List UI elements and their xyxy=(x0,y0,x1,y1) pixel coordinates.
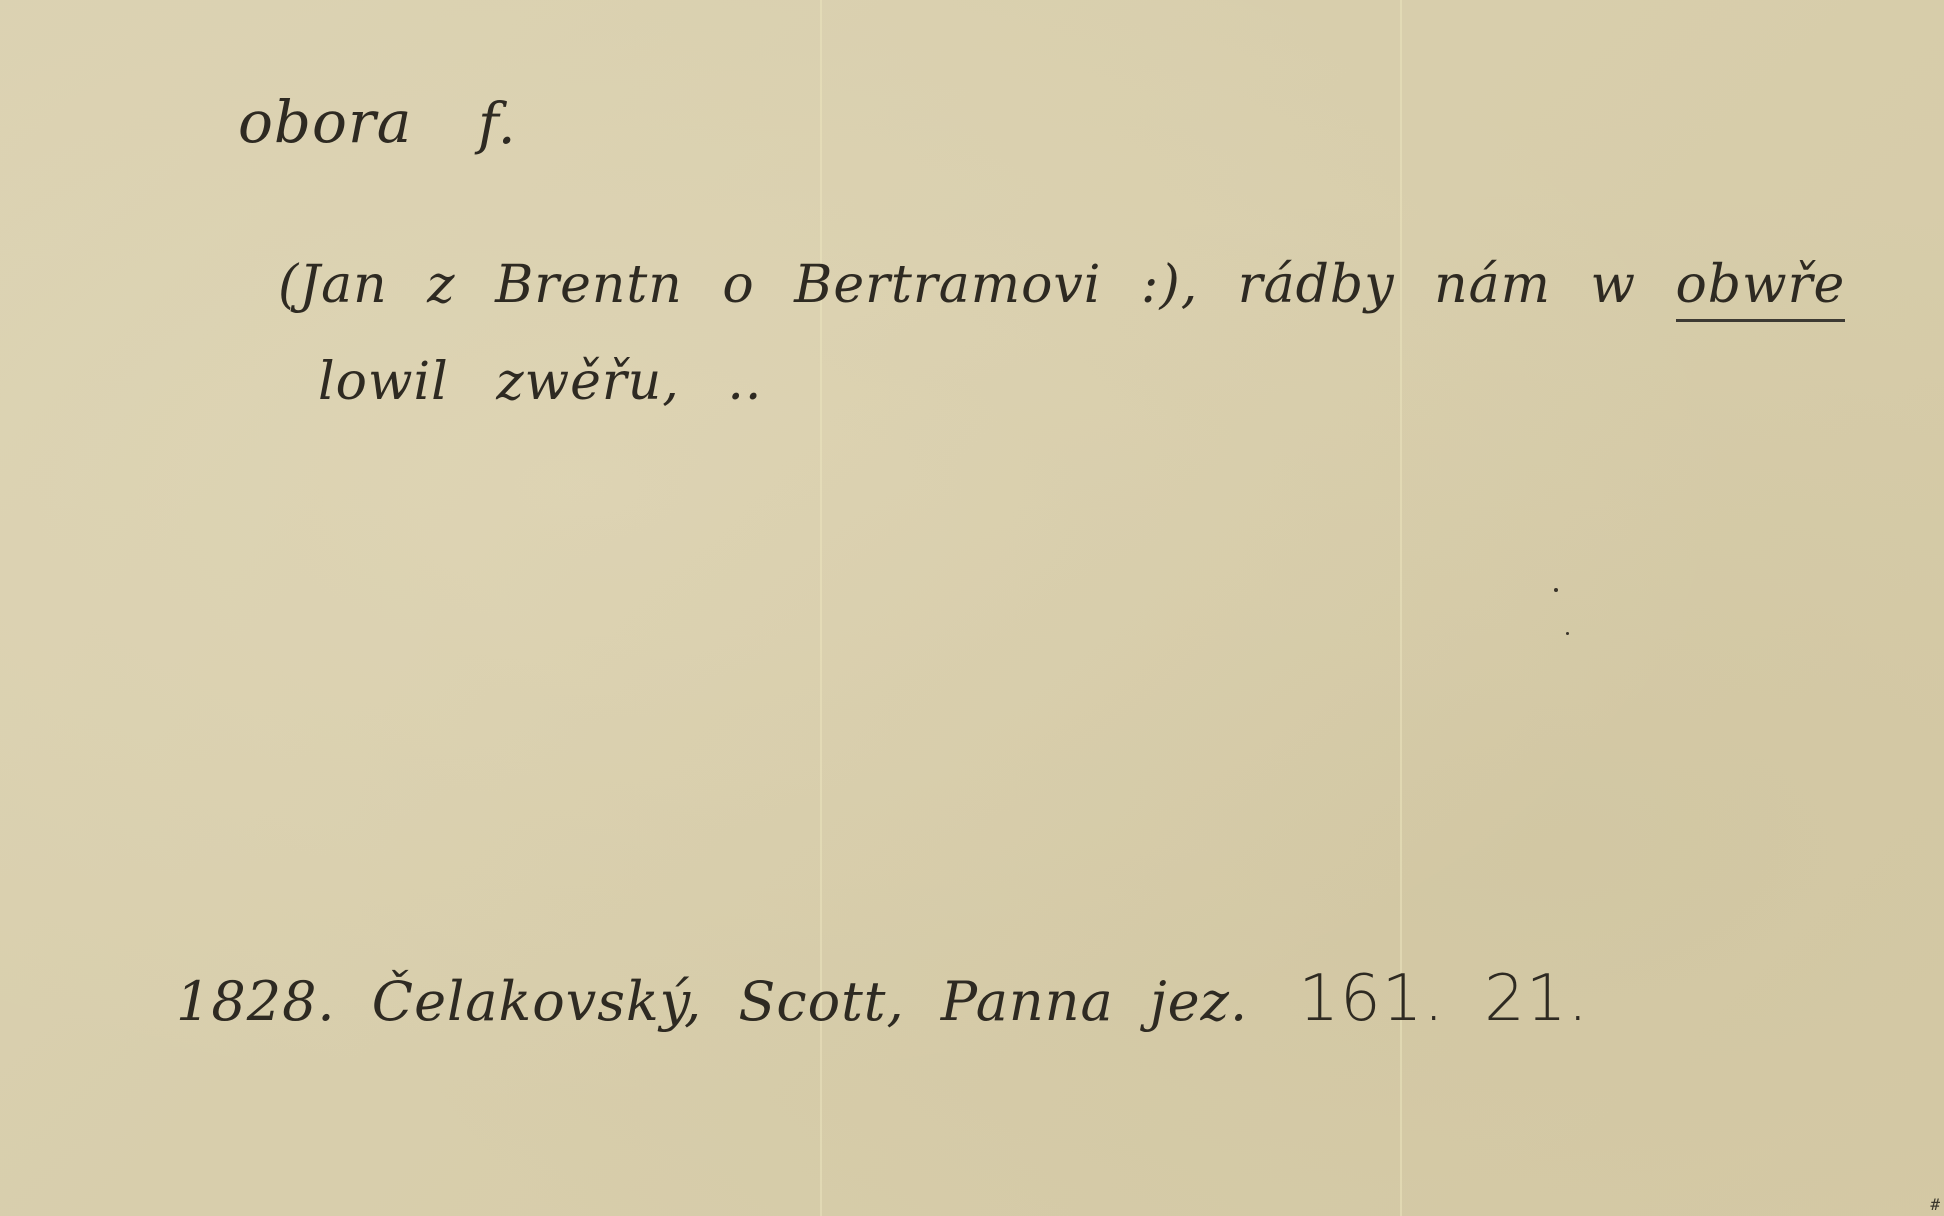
ink-speck xyxy=(1554,588,1558,592)
headword: obora xyxy=(238,88,412,156)
source-citation: 1828. Čelakovský, Scott, Panna jez. 161.… xyxy=(176,962,1589,1036)
index-card: obora f. (Jan z Brentn o Bertramovi :), … xyxy=(0,0,1944,1216)
quotation-line-2: lowil zwěřu, .. xyxy=(318,352,762,412)
gender-label: f. xyxy=(478,92,517,157)
quotation-text: (Jan z Brentn o Bertramovi :), rádby nám… xyxy=(278,255,1636,315)
page-reference: 161. 21. xyxy=(1298,962,1589,1036)
citation-text: 1828. Čelakovský, Scott, Panna jez. xyxy=(176,970,1248,1033)
corner-mark: # xyxy=(1930,1195,1940,1214)
underlined-headword-form: obwře xyxy=(1676,255,1846,322)
quotation-line-1: (Jan z Brentn o Bertramovi :), rádby nám… xyxy=(278,255,1845,315)
ink-speck xyxy=(1566,632,1569,635)
